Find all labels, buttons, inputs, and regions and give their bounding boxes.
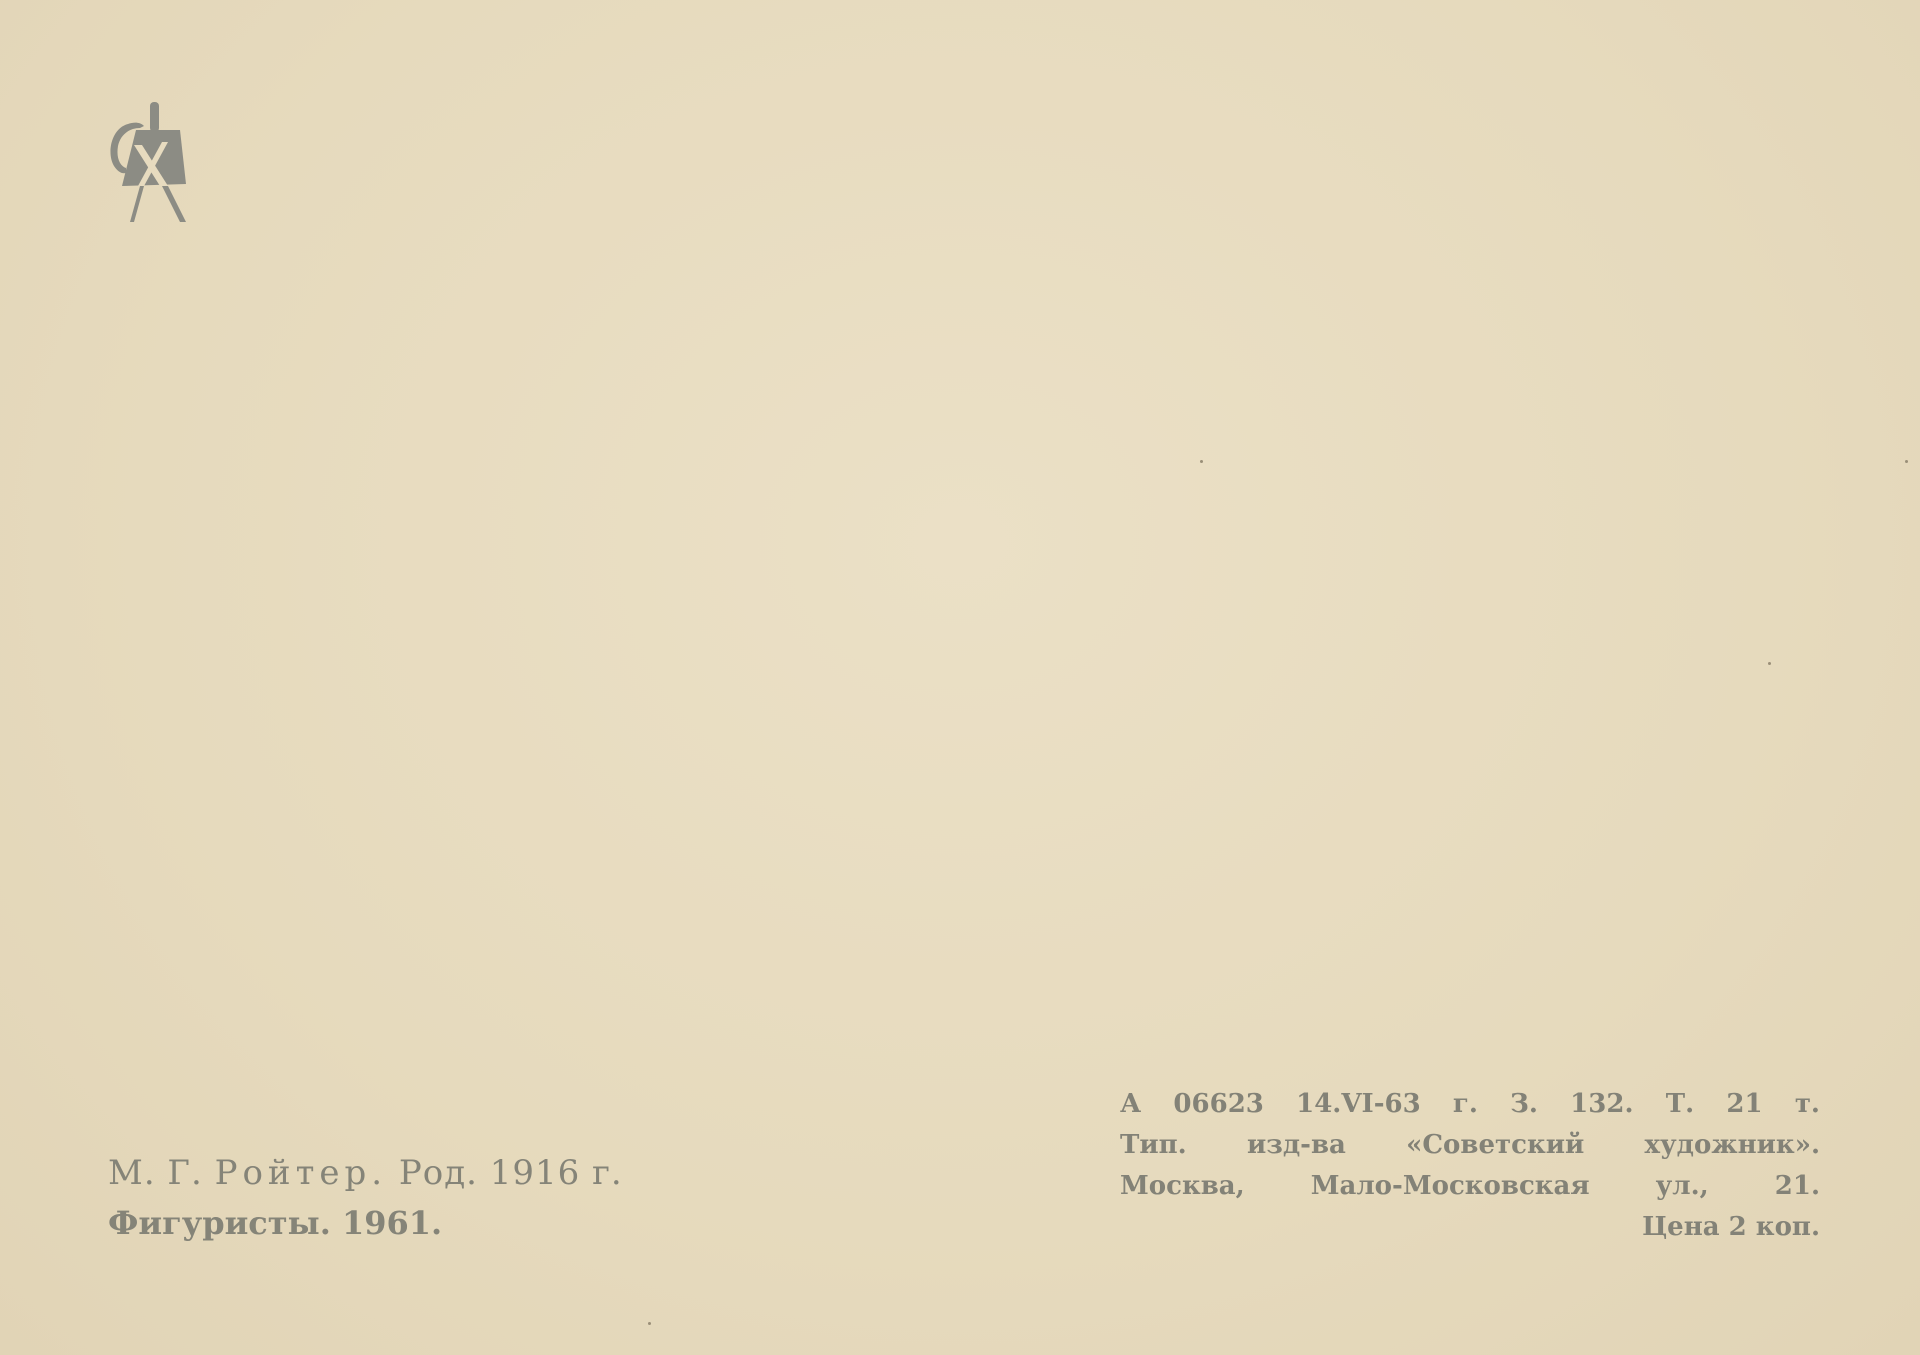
imprint-line-1: А 06623 14.VI-63 г. З. 132. Т. 21 т. xyxy=(1120,1084,1820,1125)
imprint-line-2: Тип. изд-ва «Советский художник». xyxy=(1120,1125,1820,1166)
imprint-price: Цена 2 коп. xyxy=(1120,1207,1820,1248)
artwork-title: Фигуристы. 1961. xyxy=(108,1198,623,1248)
imprint-block: А 06623 14.VI-63 г. З. 132. Т. 21 т. Тип… xyxy=(1120,1084,1820,1248)
author-line: М. Г. Ройтер. Род. 1916 г. xyxy=(108,1148,623,1198)
paper-speck xyxy=(1905,460,1908,463)
publisher-logo-icon xyxy=(104,100,190,228)
artwork-caption: М. Г. Ройтер. Род. 1916 г. Фигуристы. 19… xyxy=(108,1148,623,1248)
imprint-line-3: Москва, Мало-Московская ул., 21. xyxy=(1120,1166,1820,1207)
paper-speck xyxy=(1200,460,1203,463)
author-birth: Род. 1916 г. xyxy=(399,1153,623,1193)
paper-speck xyxy=(1768,662,1771,665)
author-surname: Ройтер. xyxy=(215,1153,388,1193)
paper-speck xyxy=(648,1322,651,1325)
author-initials: М. Г. xyxy=(108,1153,203,1193)
